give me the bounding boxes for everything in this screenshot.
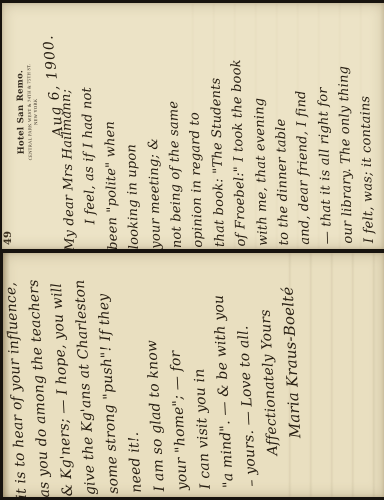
handwriting-page1: My dear Mrs Hailmann;I feel, as if I had…: [54, 3, 381, 249]
handwriting-page2: it is to hear of your influence,as you d…: [3, 253, 310, 497]
page2-rotated-content: it is to hear of your influence,as you d…: [3, 253, 384, 497]
page-number-annotation: 49: [3, 231, 14, 245]
letterhead-city: New York: [32, 59, 39, 165]
page1-rotated-content: Hotel San Remo. Central Park West & 74th…: [2, 3, 384, 249]
scanned-letter: Hotel San Remo. Central Park West & 74th…: [0, 0, 384, 500]
letter-page-2: it is to hear of your influence,as you d…: [3, 253, 384, 497]
letter-page-1: Hotel San Remo. Central Park West & 74th…: [2, 3, 384, 249]
letterhead-hotel-name: Hotel San Remo.: [15, 59, 27, 165]
letterhead: Hotel San Remo. Central Park West & 74th…: [15, 59, 39, 165]
